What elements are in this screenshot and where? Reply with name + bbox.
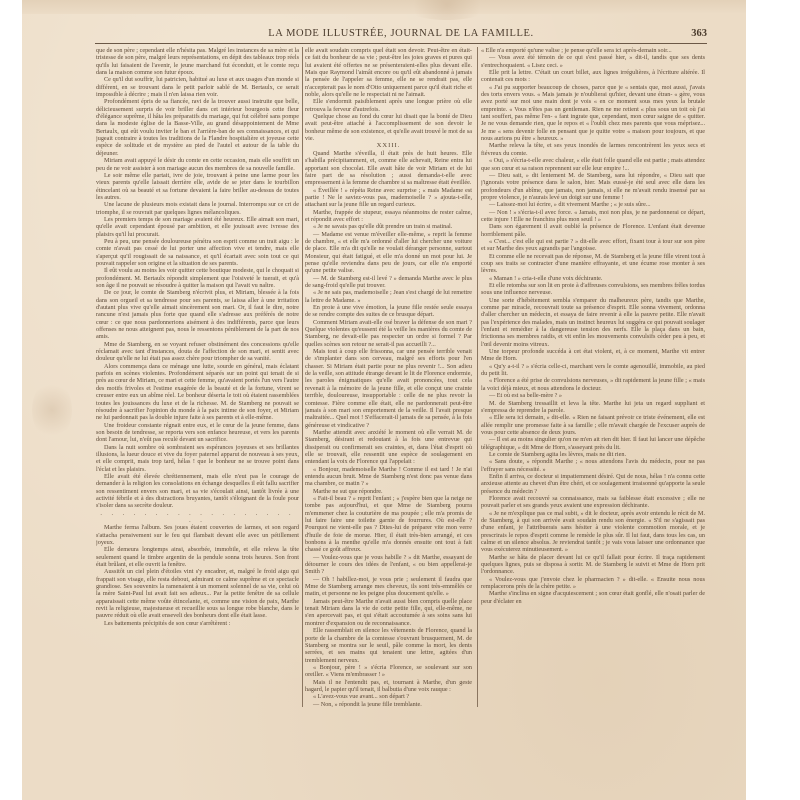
paragraph: — Il est au moins singulier qu'on ne m'e…	[481, 436, 705, 451]
paragraph: « Fait-il beau ? » reprit l'enfant ; « j…	[305, 495, 472, 554]
paragraph: Mais tout à coup elle frissonna, car une…	[305, 348, 472, 429]
paragraph: « Je ne sais pas, mademoiselle ; Jean s'…	[305, 289, 472, 304]
paragraph: Elle s'endormit paisiblement après une l…	[305, 98, 472, 113]
paragraph: Mme de Stamberg, en se voyant refuser ob…	[96, 341, 299, 363]
paragraph: « Maman ! » cria-t-elle d'une voix déchi…	[481, 275, 705, 282]
paragraph: « Éveillée ! » répéta Reine avec surpris…	[305, 187, 472, 209]
paragraph: En proie à une vive émotion, la jeune fi…	[305, 304, 472, 319]
paragraph: — M. de Stamberg est-il levé ? » demanda…	[305, 275, 472, 290]
paragraph: Les battements précipités de son cœur s'…	[96, 620, 299, 627]
paragraph: Une froideur constante régnait entre eux…	[96, 422, 299, 444]
paragraph: elle avait soudain compris quel était so…	[305, 47, 472, 98]
column-divider	[302, 47, 303, 707]
paragraph: Jamais peut-être Marthe n'avait aussi bi…	[305, 598, 472, 627]
paragraph: Le comte de Stamberg agita les lèvres, m…	[481, 451, 705, 458]
paragraph: Une lacune de plusieurs mois existait da…	[96, 201, 299, 216]
paragraph: Marthe s'inclina en signe d'acquiescemen…	[481, 590, 705, 605]
paragraph: — Vous avez été témoin de ce qui s'est p…	[481, 54, 705, 69]
paragraph: Profondément épris de sa fiancée, ravi d…	[96, 98, 299, 157]
torn-top-edge	[22, 0, 746, 14]
paragraph: Marthe attendit avec anxiété le moment o…	[305, 429, 472, 466]
paragraph: « Je ne savais pas qu'elle dût prendre u…	[305, 223, 472, 230]
paragraph: Dans la nuit sombre où sombraient ses es…	[96, 444, 299, 473]
paragraph: Et comme elle ne recevait pas de réponse…	[481, 253, 705, 275]
paragraph: « Sans doute, » répondit Marthe ; « nous…	[481, 458, 705, 473]
chapter-heading: XXIII.	[305, 142, 472, 149]
paragraph: « L'avez-vous vue avant... son départ ?	[305, 693, 472, 700]
header-rule	[95, 43, 707, 44]
paragraph: « Bonjour, père ! » s'écria Florence, se…	[305, 664, 472, 679]
paragraph: — Oh ! habillez-moi, je vous prie ; seul…	[305, 576, 472, 598]
paragraph: « Qu'y a-t-il ? » s'écria celle-ci, marc…	[481, 363, 705, 378]
paragraph: Peu à peu, une pensée douloureuse pénétr…	[96, 238, 299, 267]
paragraph: — Madame est venue m'éveiller elle-même,…	[305, 231, 472, 275]
paragraph: « Elle n'a emporté qu'une valise ; je pe…	[481, 47, 705, 54]
paragraph: Elle avait été élevée chrétiennement, ma…	[96, 473, 299, 510]
paragraph: Comment Miriam avait-elle osé braver la …	[305, 319, 472, 348]
paragraph: « Bonjour, mademoiselle Marthe ! Comme i…	[305, 466, 472, 488]
paragraph: « Oui, » s'écria-t-elle avec chaleur, « …	[481, 157, 705, 172]
paragraph: Alors commença dans ce ménage une lutte,…	[96, 363, 299, 422]
paragraph: Une torpeur profonde succéda à cet état …	[481, 348, 705, 363]
paragraph: « Elle sera ici demain, » dit-elle. « Ri…	[481, 414, 705, 436]
paragraph: « C'est... c'est elle qui est partie ? »…	[481, 238, 705, 253]
paragraph: — Et où est sa belle-mère ? »	[481, 392, 705, 399]
paragraph: Mais il ne l'entendit pas, et, tournant …	[305, 679, 472, 694]
paper-stain	[402, 0, 492, 20]
paragraph: De ce jour, le comte de Stamberg n'écriv…	[96, 289, 299, 340]
text-column-3: « Elle n'a emporté qu'une valise ; je pe…	[481, 47, 705, 707]
paragraph: Aussitôt un ciel plein d'étoiles vint s'…	[96, 568, 299, 619]
column-divider	[477, 47, 478, 707]
paragraph: Elle rassemblait en silence les vêtement…	[305, 627, 472, 664]
paragraph: — Non ! » s'écria-t-il avec force. « Jam…	[481, 209, 705, 224]
paragraph: Dans son égarement il avait oublié la pr…	[481, 223, 705, 238]
paper-stain	[32, 380, 72, 440]
paragraph: — Voulez-vous que je vous habille ? » di…	[305, 554, 472, 576]
page-number: 363	[691, 28, 707, 39]
paragraph: — Non, » répondit la jeune fille trembla…	[305, 701, 472, 707]
paragraph: que de son père ; cependant elle n'hésit…	[96, 47, 299, 76]
paragraph: Et elle retomba sur son lit en proie à d…	[481, 282, 705, 297]
paragraph: Une sorte d'hébètement sembla s'emparer …	[481, 297, 705, 348]
paragraph: Elle prit la lettre. C'était un court bi…	[481, 69, 705, 84]
paragraph: Quand Marthe s'éveilla, il était près de…	[305, 150, 472, 187]
paragraph: Marthe releva la tête, et ses yeux inond…	[481, 142, 705, 157]
paragraph: « Je ne m'explique pas ce mal subit, » d…	[481, 510, 705, 554]
section-break: . . . . . . . . . . . . . . . . . . . .	[96, 510, 299, 525]
paragraph: — Dieu sait, » dit lentement M. de Stamb…	[481, 172, 705, 201]
paragraph: Elle demeura longtemps ainsi, absorbée, …	[96, 546, 299, 568]
paragraph: « Florence a été prise de convulsions ne…	[481, 377, 705, 392]
paragraph: Marthe, frappée de stupeur, essaya néanm…	[305, 209, 472, 224]
paragraph: Marthe ne sut que répondre.	[305, 488, 472, 495]
paragraph: Il eût voulu au moins les voir quitter c…	[96, 267, 299, 289]
journal-title: LA MODE ILLUSTRÉE, JOURNAL DE LA FAMILLE…	[95, 28, 707, 39]
text-column-2: elle avait soudain compris quel était so…	[305, 47, 472, 707]
paragraph: Les premiers temps de son mariage avaien…	[96, 216, 299, 238]
paragraph: Quelque chose au fond du cœur lui disait…	[305, 113, 472, 142]
paragraph: « J'ai pu supporter beaucoup de choses, …	[481, 84, 705, 143]
paragraph: Ce qu'il dut souffrir, lui patricien, ha…	[96, 76, 299, 98]
paragraph: M. de Stamberg tressaillit et leva la tê…	[481, 400, 705, 415]
paragraph: « Voulez-vous que j'envoie chez le pharm…	[481, 576, 705, 591]
paragraph: Enfin il arriva, ce docteur si impatiemm…	[481, 473, 705, 495]
paragraph: Marthe ferma l'album. Ses joues étaient …	[96, 524, 299, 546]
paragraph: Le soir même elle partait, ivre de joie,…	[96, 172, 299, 201]
paragraph: Miriam avait appuyé le désir du comte en…	[96, 157, 299, 172]
paragraph: Marthe se hâta de placer devant lui ce q…	[481, 554, 705, 576]
paragraph: — Laissez-moi lui écrire, » dit vivement…	[481, 201, 705, 208]
text-column-1: que de son père ; cependant elle n'hésit…	[96, 47, 299, 707]
paragraph: Florence avait recouvré sa connaissance,…	[481, 495, 705, 510]
